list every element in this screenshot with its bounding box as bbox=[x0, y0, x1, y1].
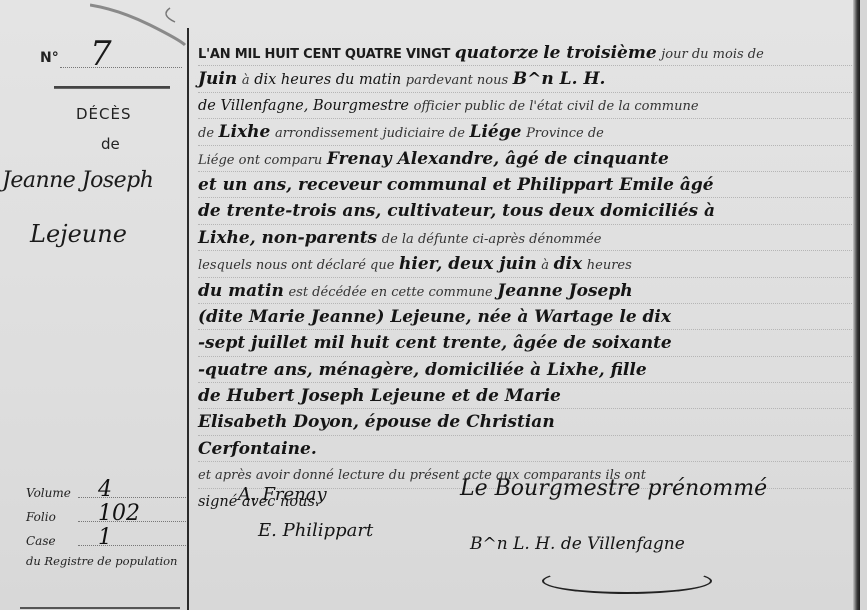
printed-text: jour du mois de bbox=[661, 47, 764, 62]
handwritten-text: B^n L. H. bbox=[513, 69, 606, 89]
printed-text: arrondissement judiciaire de bbox=[275, 126, 465, 141]
deceased-first-names: Jeanne Joseph bbox=[2, 168, 153, 193]
folio-row: Folio 102 bbox=[26, 502, 186, 526]
signatures-block: A. Frenay E. Philippart Le Bourgmestre p… bbox=[190, 470, 860, 610]
act-line: de trente-trois ans, cultivateur, tous d… bbox=[198, 198, 858, 224]
case-value: 1 bbox=[98, 525, 112, 550]
volume-value: 4 bbox=[98, 477, 112, 502]
official-signature: B^n L. H. de Villenfagne bbox=[470, 534, 685, 554]
printed-text: Province de bbox=[526, 126, 604, 141]
official-title: Le Bourgmestre prénommé bbox=[460, 476, 767, 501]
act-line: (dite Marie Jeanne) Lejeune, née à Warta… bbox=[198, 304, 858, 330]
deceased-surname: Lejeune bbox=[30, 220, 127, 248]
handwritten-text: Jeanne Joseph bbox=[497, 281, 632, 301]
case-label: Case bbox=[26, 534, 56, 548]
act-line: de Hubert Joseph Lejeune et de Marie bbox=[198, 383, 858, 409]
register-footer: du Registre de population bbox=[26, 554, 186, 568]
handwritten-text: et un ans, receveur communal et Philippa… bbox=[198, 175, 714, 195]
margin-bottom-rule bbox=[20, 607, 180, 609]
printed-text: heures bbox=[587, 258, 632, 273]
act-line: de Villenfagne, Bourgmestre officier pub… bbox=[198, 93, 858, 119]
act-line: Elisabeth Doyon, épouse de Christian bbox=[198, 409, 858, 435]
volume-label: Volume bbox=[26, 486, 71, 500]
act-number: N° 7 bbox=[40, 42, 180, 82]
dotted-line bbox=[78, 545, 186, 546]
handwritten-text: dix bbox=[554, 254, 582, 274]
printed-text: à bbox=[541, 258, 549, 273]
handwritten-text: Frenay Alexandre, âgé de cinquante bbox=[327, 149, 669, 169]
act-line: de Lixhe arrondissement judiciaire de Li… bbox=[198, 119, 858, 145]
handwritten-text: Cerfontaine. bbox=[198, 439, 317, 459]
handwritten-text: de Villenfagne, Bourgmestre bbox=[198, 98, 409, 114]
printed-text: lesquels nous ont déclaré que bbox=[198, 258, 394, 273]
act-body: L'AN MIL HUIT CENT QUATRE VINGT quatorze… bbox=[198, 40, 858, 515]
printed-text: à bbox=[242, 73, 250, 88]
header-rule bbox=[54, 86, 170, 89]
column-divider bbox=[187, 28, 189, 610]
case-row: Case 1 bbox=[26, 526, 186, 550]
printed-text: pardevant nous bbox=[406, 73, 508, 88]
act-line: Juin à dix heures du matin pardevant nou… bbox=[198, 66, 858, 92]
population-register-ref: Volume 4 Folio 102 Case 1 du Registre de… bbox=[26, 478, 186, 568]
page-edge-shadow bbox=[853, 0, 860, 610]
handwritten-text: de Hubert Joseph Lejeune et de Marie bbox=[198, 386, 561, 406]
number-label: N° bbox=[40, 50, 59, 66]
act-line: -sept juillet mil huit cent trente, âgée… bbox=[198, 330, 858, 356]
handwritten-text: Juin bbox=[198, 69, 237, 89]
handwritten-text: -sept juillet mil huit cent trente, âgée… bbox=[198, 333, 672, 353]
handwritten-text: hier, deux juin bbox=[399, 254, 537, 274]
record-type-title: DÉCÈS bbox=[76, 105, 132, 123]
de-word: de bbox=[101, 135, 120, 153]
handwritten-text: le troisième bbox=[543, 43, 656, 63]
handwritten-text: du matin bbox=[198, 281, 284, 301]
printed-text: de la défunte ci-après dénommée bbox=[382, 232, 602, 247]
act-line: Lixhe, non-parents de la défunte ci-aprè… bbox=[198, 225, 858, 251]
signature-flourish bbox=[542, 568, 712, 594]
act-line: -quatre ans, ménagère, domiciliée à Lixh… bbox=[198, 357, 858, 383]
printed-text: Liége ont comparu bbox=[198, 153, 322, 168]
witness-signature-philippart: E. Philippart bbox=[258, 520, 373, 541]
act-line: Liége ont comparu Frenay Alexandre, âgé … bbox=[198, 146, 858, 172]
handwritten-text: Lixhe bbox=[219, 122, 271, 142]
act-line: et un ans, receveur communal et Philippa… bbox=[198, 172, 858, 198]
margin-column: N° 7 DÉCÈS de Jeanne Joseph Lejeune Volu… bbox=[0, 0, 187, 610]
number-value: 7 bbox=[90, 34, 112, 74]
number-dotted-line bbox=[60, 67, 182, 68]
handwritten-text: Elisabeth Doyon, épouse de Christian bbox=[198, 412, 555, 432]
handwritten-text: Liége bbox=[470, 122, 522, 142]
dotted-line bbox=[78, 497, 186, 498]
folio-value: 102 bbox=[98, 501, 140, 526]
act-line: Cerfontaine. bbox=[198, 436, 858, 462]
volume-row: Volume 4 bbox=[26, 478, 186, 502]
handwritten-text: (dite Marie Jeanne) Lejeune, née à Warta… bbox=[198, 307, 671, 327]
printed-text: officier public de l'état civil de la co… bbox=[414, 99, 699, 114]
act-line: du matin est décédée en cette commune Je… bbox=[198, 278, 858, 304]
handwritten-text: quatorze bbox=[455, 43, 539, 63]
printed-preamble: L'AN MIL HUIT CENT QUATRE VINGT bbox=[198, 47, 450, 62]
handwritten-text: dix heures du matin bbox=[254, 72, 401, 88]
handwritten-text: -quatre ans, ménagère, domiciliée à Lixh… bbox=[198, 360, 647, 380]
act-line: L'AN MIL HUIT CENT QUATRE VINGT quatorze… bbox=[198, 40, 858, 66]
handwritten-text: de trente-trois ans, cultivateur, tous d… bbox=[198, 201, 715, 221]
printed-text: est décédée en cette commune bbox=[288, 285, 492, 300]
folio-label: Folio bbox=[26, 510, 56, 524]
witness-signature-frenay: A. Frenay bbox=[238, 484, 327, 505]
register-page: N° 7 DÉCÈS de Jeanne Joseph Lejeune Volu… bbox=[0, 0, 860, 610]
printed-text: de bbox=[198, 126, 214, 141]
act-line: lesquels nous ont déclaré que hier, deux… bbox=[198, 251, 858, 277]
handwritten-text: Lixhe, non-parents bbox=[198, 228, 377, 248]
